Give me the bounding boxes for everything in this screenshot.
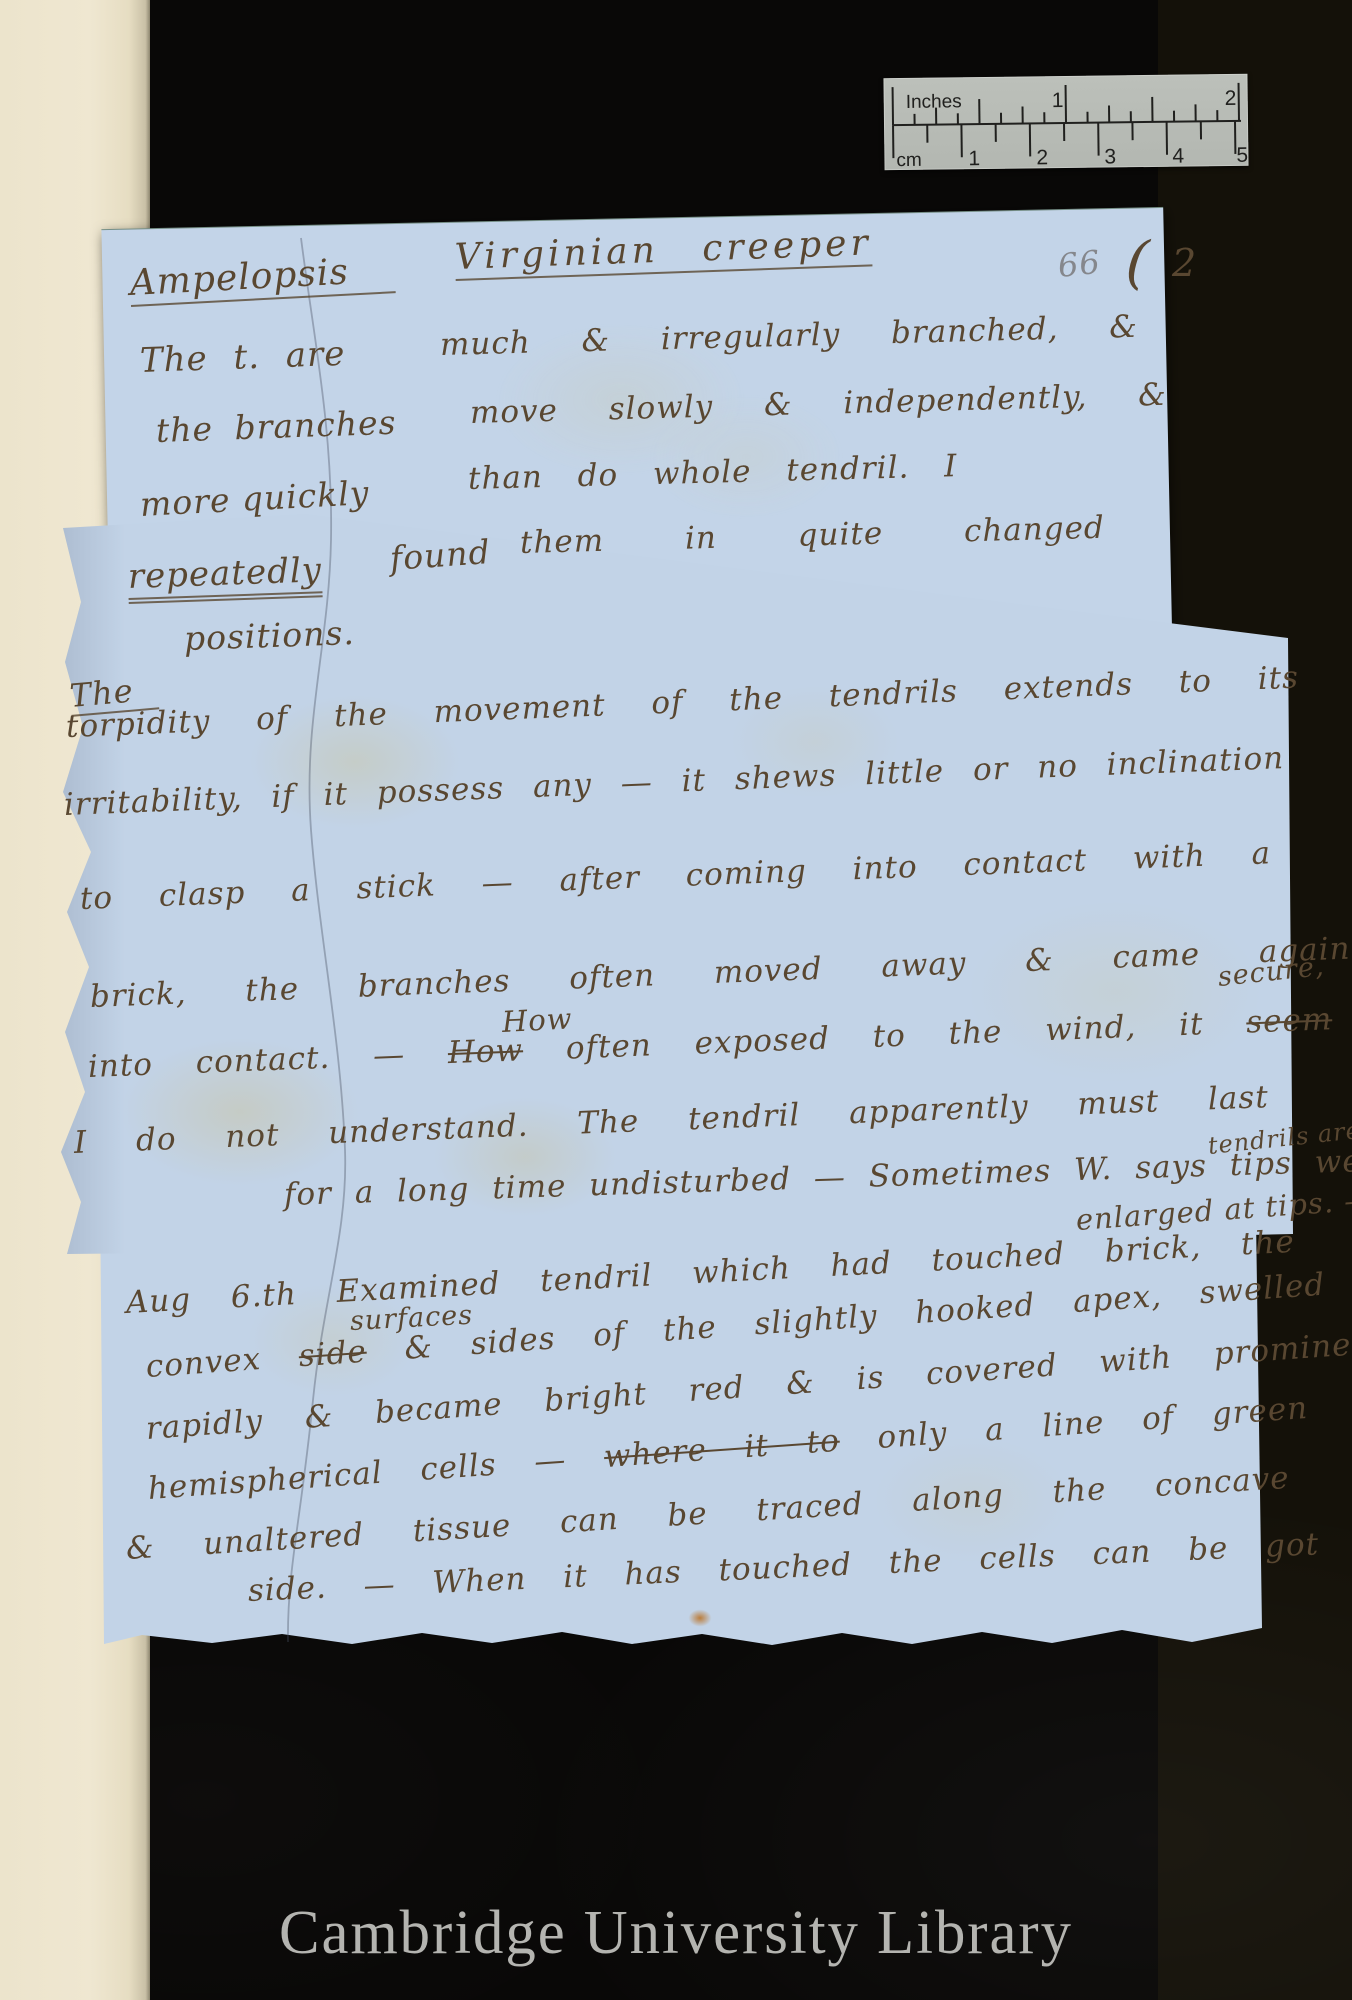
ruler-cm-1: 1 [968,147,980,170]
ms-word-found: found [389,535,492,575]
ruler-inches-label: Inches [906,91,962,113]
ms-line: the branches [155,406,397,447]
ms-word-repeatedly: repeatedly [127,553,323,604]
page-number-paren: ( [1124,232,1152,292]
page-number-ink: 2 [1172,244,1197,282]
library-watermark-caption: Cambridge University Library [14,1898,1339,1969]
scale-ruler: Inches 1 2 cm 1 2 3 4 5 [883,74,1248,170]
ruler-cm-3: 3 [1104,145,1116,168]
ms-line: The t. are [139,337,345,378]
ms-line: positions. [183,616,355,655]
ruler-cm-label: cm [896,150,922,170]
ruler-cm-4: 4 [1172,145,1184,168]
ruler-inch-1: 1 [1052,89,1064,112]
digitized-manuscript-photo: Inches 1 2 cm 1 2 3 4 5 Ampelopsis Virgi… [0,0,1352,2000]
ruler-cm-5: 5 [1236,144,1248,167]
ruler-markings: Inches 1 2 cm 1 2 3 4 5 [883,74,1248,170]
ruler-inch-2: 2 [1225,87,1237,110]
folio-number-pencil: 66 [1056,246,1102,282]
ms-insert-how: How [501,1004,573,1037]
ruler-cm-2: 2 [1036,146,1048,169]
ms-struck-word: seem [1246,1001,1333,1040]
ms-struck-word: side [298,1334,368,1375]
